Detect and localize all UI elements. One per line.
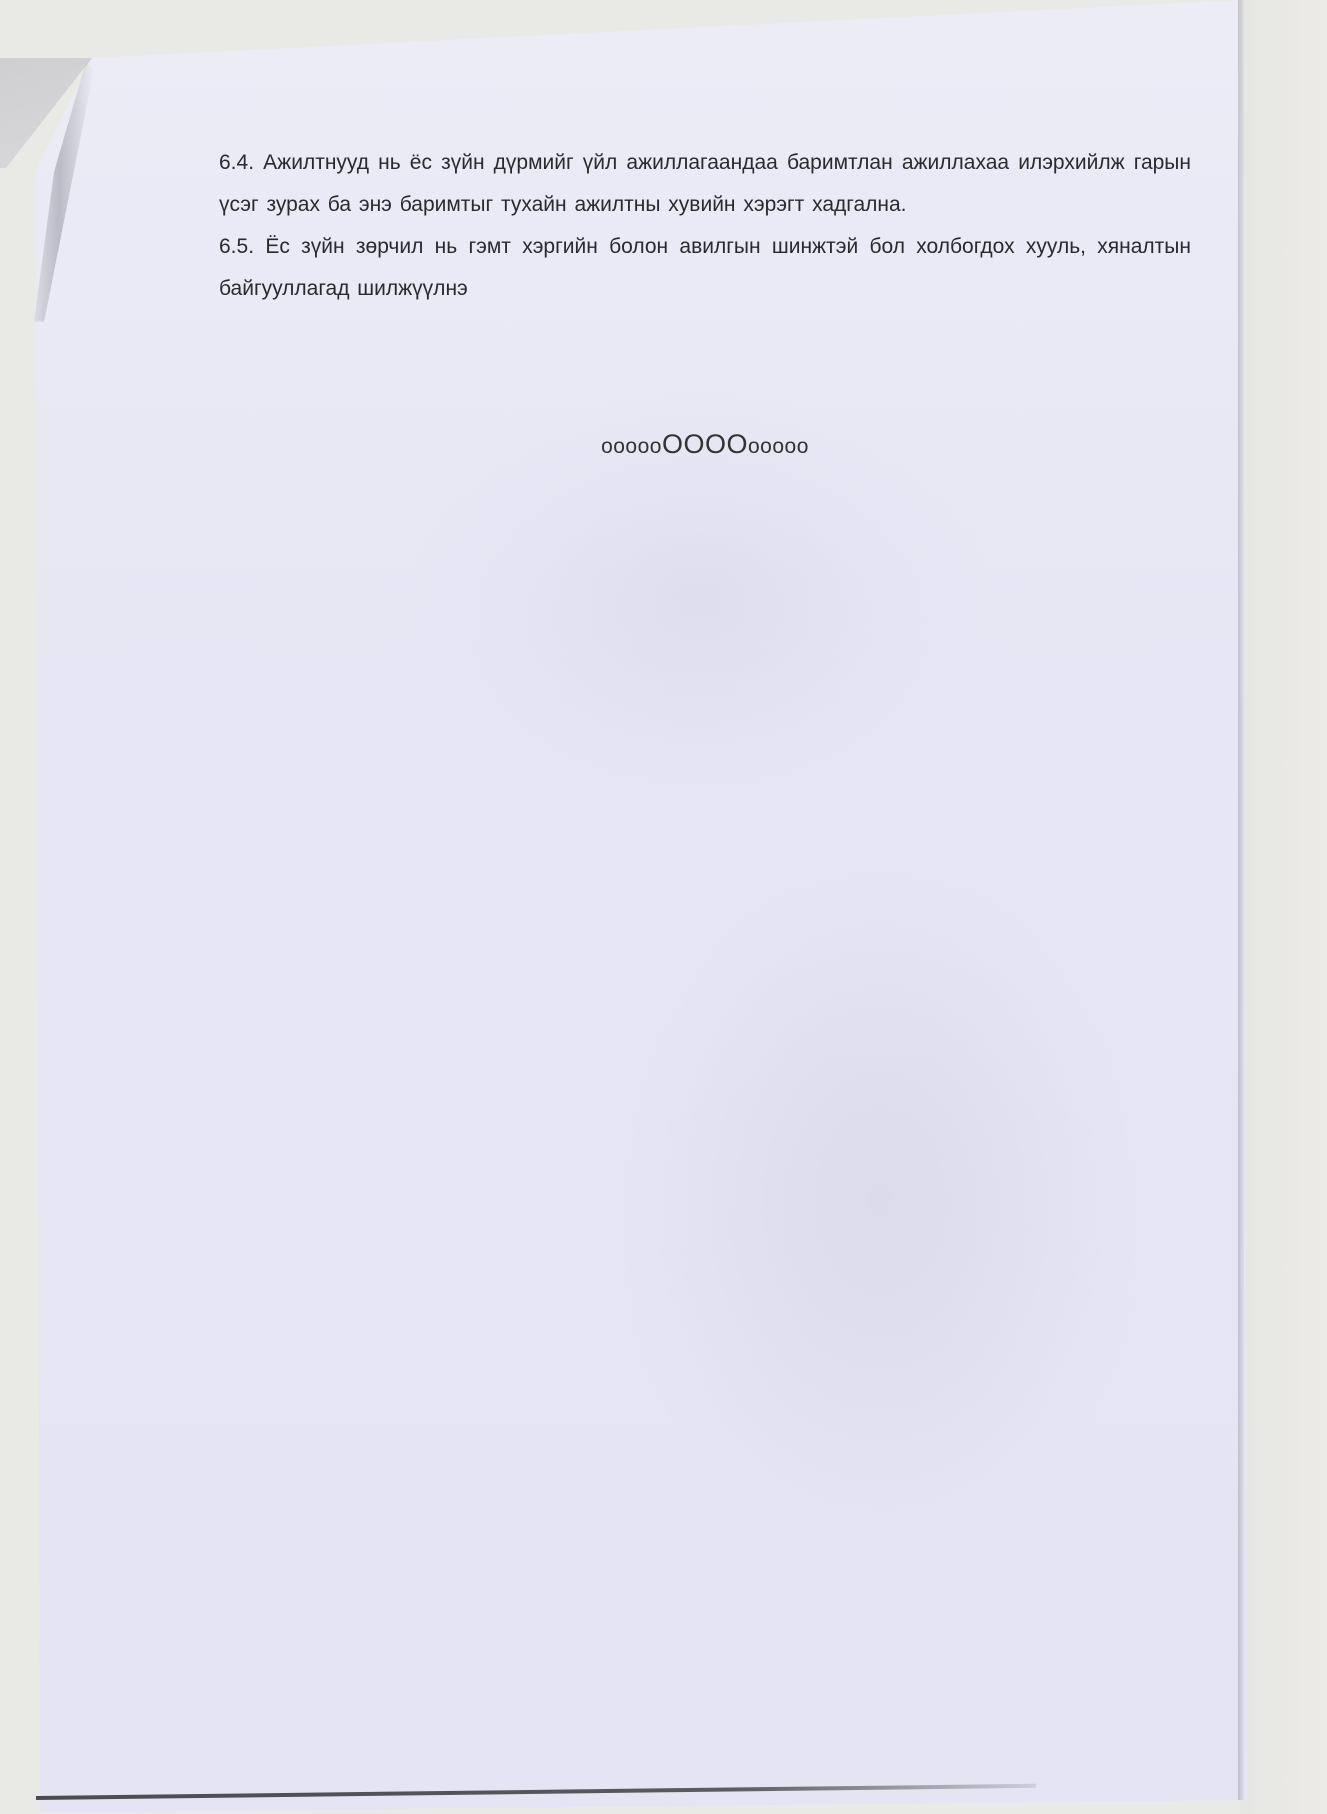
scanner-background [1240,0,1327,1814]
document-body: 6.4. Ажилтнууд нь ёс зүйн дүрмийг үйл аж… [219,142,1191,310]
paragraph-number: 6.4. [219,151,254,174]
paragraph-text: Ёс зүйн зөрчил нь гэмт хэргийн болон ави… [219,235,1191,300]
paragraph-text: Ажилтнууд нь ёс зүйн дүрмийг үйл ажиллаг… [219,151,1191,216]
paragraph-number: 6.5. [219,235,254,258]
ornamental-divider: oooooOOOOooooo [219,423,1191,468]
page-right-edge [1238,0,1244,1800]
divider-right: ooooo [748,435,809,458]
paragraph-6-5: 6.5. Ёс зүйн зөрчил нь гэмт хэргийн боло… [219,226,1191,310]
divider-center: OOOO [662,429,748,459]
divider-left: ooooo [601,435,662,458]
paragraph-6-4: 6.4. Ажилтнууд нь ёс зүйн дүрмийг үйл аж… [219,142,1191,226]
